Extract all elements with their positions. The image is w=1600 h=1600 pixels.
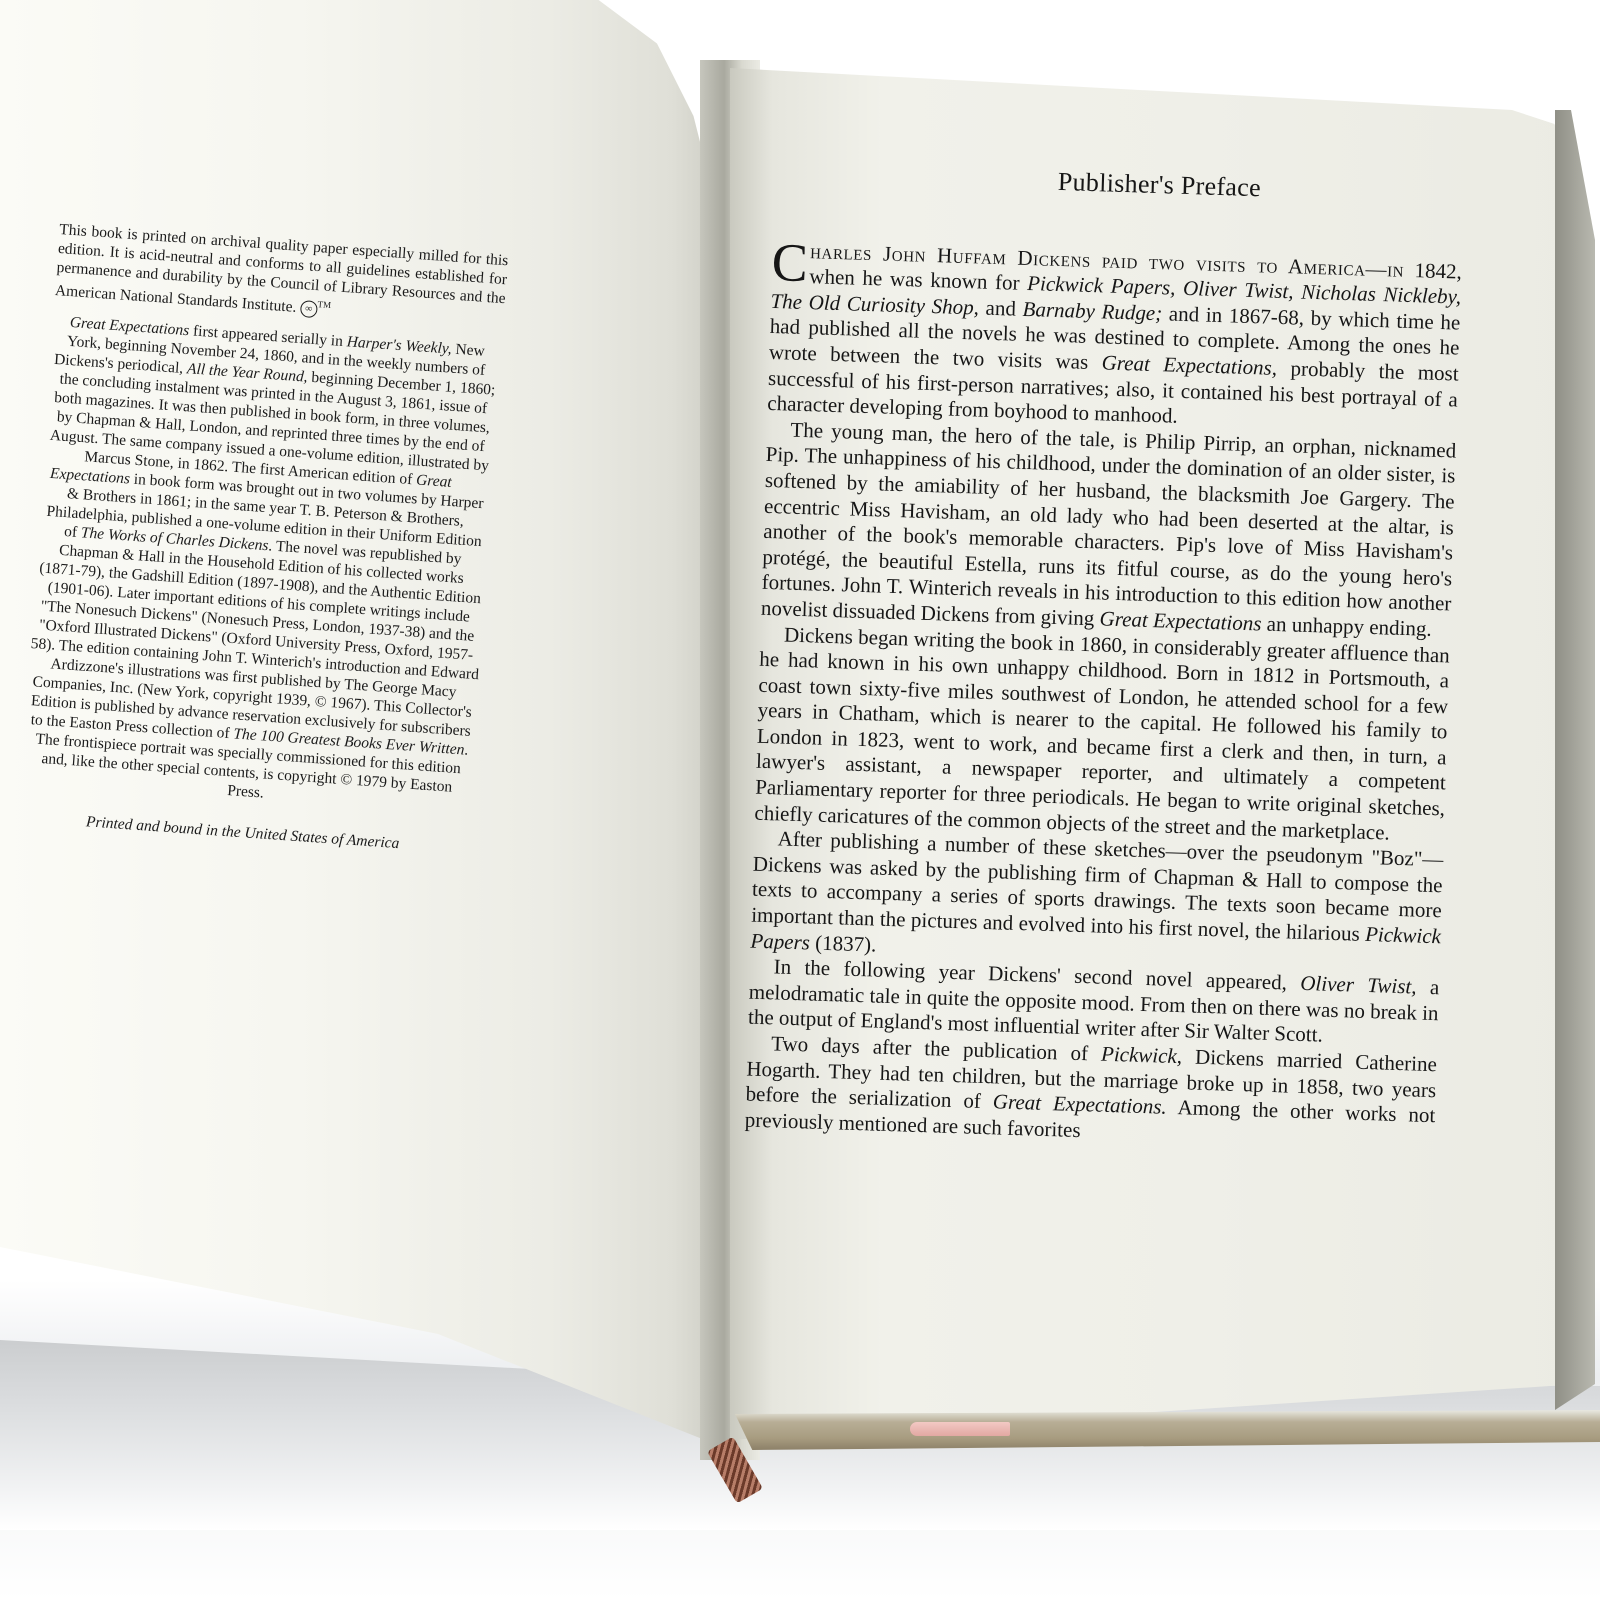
paragraph-3: Dickens began writing the book in 1860, … (754, 621, 1450, 847)
paragraph-6: Two days after the publication of Pickwi… (744, 1031, 1437, 1155)
paragraph-1: Charles John Huffam Dickens paid two vis… (767, 238, 1462, 439)
page-title: Publisher's Preface (854, 163, 1465, 208)
colophon: This book is printed on archival quality… (17, 220, 509, 870)
drop-cap: C (771, 240, 808, 285)
paragraph-2: The young man, the hero of the tale, is … (761, 417, 1457, 643)
fore-edge-shadow (1555, 110, 1595, 1410)
left-page: This book is printed on archival quality… (0, 0, 730, 1450)
infinity-icon: ∞ (300, 300, 318, 318)
preface-body: Publisher's Preface Charles John Huffam … (744, 160, 1464, 1155)
paper-notice: This book is printed on archival quality… (54, 220, 508, 331)
paragraph-4: After publishing a number of these sketc… (750, 826, 1444, 976)
ribbon-bookmark[interactable] (910, 1422, 1010, 1436)
trademark: TM (317, 299, 331, 310)
open-book-photo: This book is printed on archival quality… (0, 0, 1600, 1600)
publication-history: Great Expectations first appeared serial… (20, 312, 502, 817)
right-page: Publisher's Preface Charles John Huffam … (730, 40, 1580, 1440)
printed-in-usa: Printed and bound in the United States o… (18, 808, 468, 858)
